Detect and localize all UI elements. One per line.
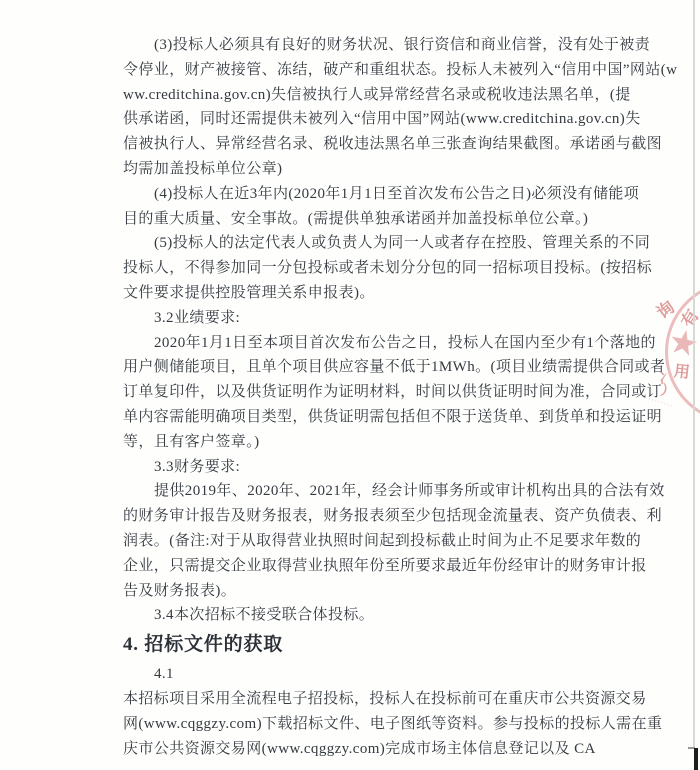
doc-line: 单内容需能明确项目类型，供货证明需包括但不限于送货单、到货单和投运证明 (123, 405, 623, 430)
doc-line: 本招标项目采用全流程电子招投标，投标人在投标前可在重庆市公共资源交易 (123, 687, 623, 712)
doc-line: 4.1 (123, 662, 623, 687)
section-heading: 4. 招标文件的获取 (123, 628, 623, 662)
doc-line: ww.creditchina.gov.cn)失信被执行人或异常经营名录或税收违法… (123, 83, 623, 108)
doc-line: 用户侧储能项目，且单个项目供应容量不低于1MWh。(项目业绩需提供合同或者 (123, 355, 623, 380)
doc-line: 3.2业绩要求: (123, 306, 623, 331)
doc-line: 目的重大质量、安全事故。(需提供单独承诺函并加盖投标单位公章。) (123, 207, 623, 232)
doc-line: (3)投标人必须具有良好的财务状况、银行资信和商业信誉，没有处于被责 (123, 33, 623, 58)
scanned-document-page: (3)投标人必须具有良好的财务状况、银行资信和商业信誉，没有处于被责令停业，财产… (0, 0, 700, 770)
doc-line: 订单复印件，以及供货证明作为证明材料，时间以供货证明时间为准，合同或订 (123, 380, 623, 405)
doc-line: 的财务审计报告及财务报表，财务报表须至少包括现金流量表、资产负债表、利 (123, 504, 623, 529)
doc-line: 提供2019年、2020年、2021年，经会计师事务所或审计机构出具的合法有效 (123, 479, 623, 504)
doc-line: 3.3财务要求: (123, 455, 623, 480)
doc-line: 令停业，财产被接管、冻结，破产和重组状态。投标人未被列入“信用中国”网站(w (123, 58, 623, 83)
doc-line: 2020年1月1日至本项目首次发布公告之日，投标人在国内至少有1个落地的 (123, 331, 623, 356)
doc-line: 网(www.cqggzy.com)下载招标文件、电子图纸等资料。参与投标的投标人… (123, 712, 623, 737)
doc-line: 企业，只需提交企业取得营业执照年份至所要求最近年份经审计的财务审计报 (123, 554, 623, 579)
doc-line: 庆市公共资源交易网(www.cqggzy.com)完成市场主体信息登记以及 CA (123, 737, 623, 762)
doc-line: 投标人，不得参加同一分包投标或者未划分分包的同一招标项目投标。(按招标 (123, 256, 623, 281)
doc-line: 告及财务报表)。 (123, 579, 623, 604)
scan-edge-line (693, 0, 695, 749)
doc-line: 均需加盖投标单位公章) (123, 157, 623, 182)
doc-line: 3.4本次招标不接受联合体投标。 (123, 603, 623, 628)
doc-line: 供承诺函，同时还需提供未被列入“信用中国”网站(www.creditchina.… (123, 107, 623, 132)
doc-line: (4)投标人在近3年内(2020年1月1日至首次发布公告之日)必须没有储能项 (123, 182, 623, 207)
seal-character: 用 (673, 358, 691, 383)
doc-line: (5)投标人的法定代表人或负责人为同一人或者存在控股、管理关系的不同 (123, 231, 623, 256)
doc-line: 润表。(备注:对于从取得营业执照时间起到投标截止时间为止不足要求年数的 (123, 529, 623, 554)
doc-line: 等，且有客户签章。) (123, 430, 623, 455)
document-text-block: (3)投标人必须具有良好的财务状况、银行资信和商业信誉，没有处于被责令停业，财产… (123, 33, 623, 761)
doc-line: 文件要求提供控股管理关系申报表)。 (123, 281, 623, 306)
doc-line: 信被执行人、异常经营名录、税收违法黑名单三张查询结果截图。承诺函与截图 (123, 132, 623, 157)
scan-edge-dark-line (694, 748, 698, 770)
